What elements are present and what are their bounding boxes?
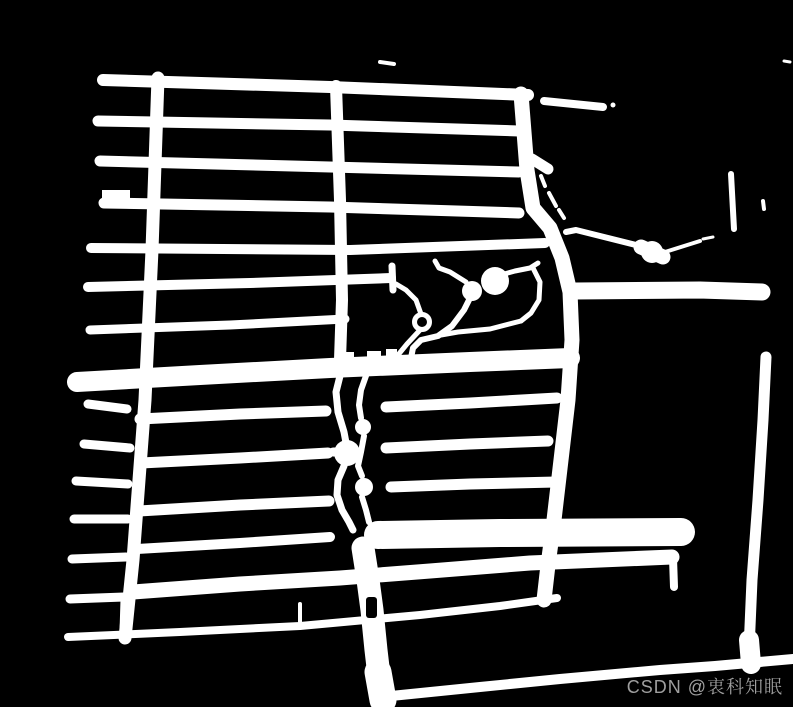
road-west-stub-1 [88,404,127,409]
road-short-road-dot [611,103,616,108]
road-mask-image: CSDN @衷科知眠 [0,0,793,707]
road-west-stub-6 [70,597,124,599]
csdn-watermark: CSDN @衷科知眠 [627,673,783,699]
road-junction-circle-small [355,419,371,435]
road-west-blob [102,190,130,206]
road-west-stub-connector [122,600,123,632]
road-east-vertical-foot [749,640,751,664]
road-south-pill-band [378,532,681,535]
road-network-mask [0,0,793,707]
road-ne-tail-dash [703,237,713,239]
road-ne-small-dash [763,201,764,209]
road-top-right-dash [784,61,790,62]
road-south-wide-vertical-foot [378,672,383,700]
road-west-stub-5 [72,557,126,559]
road-block-short-vertical [392,266,393,290]
road-junction-blob-upper [334,440,360,466]
road-low-row-b-right [386,441,548,448]
road-ne-blob [641,241,663,263]
road-low-row-c-right [391,482,556,487]
road-band-nub-2 [367,351,381,361]
road-band-nub-1 [341,352,354,362]
road-ne-vertical-dash [731,174,734,229]
road-vertical-mid [336,86,342,360]
road-west-stub-3 [76,481,128,484]
road-roundabout-large [481,267,509,295]
road-band-nub-3 [386,349,397,358]
road-west-stub-2 [84,444,130,448]
road-east-main-road [575,290,762,292]
road-top-dash [380,62,394,64]
road-roundabout-medium [462,281,482,301]
road-south-band-2-elbow [673,558,674,587]
road-junction-blob-lower [355,478,373,496]
vertical-road-hole [366,597,377,618]
